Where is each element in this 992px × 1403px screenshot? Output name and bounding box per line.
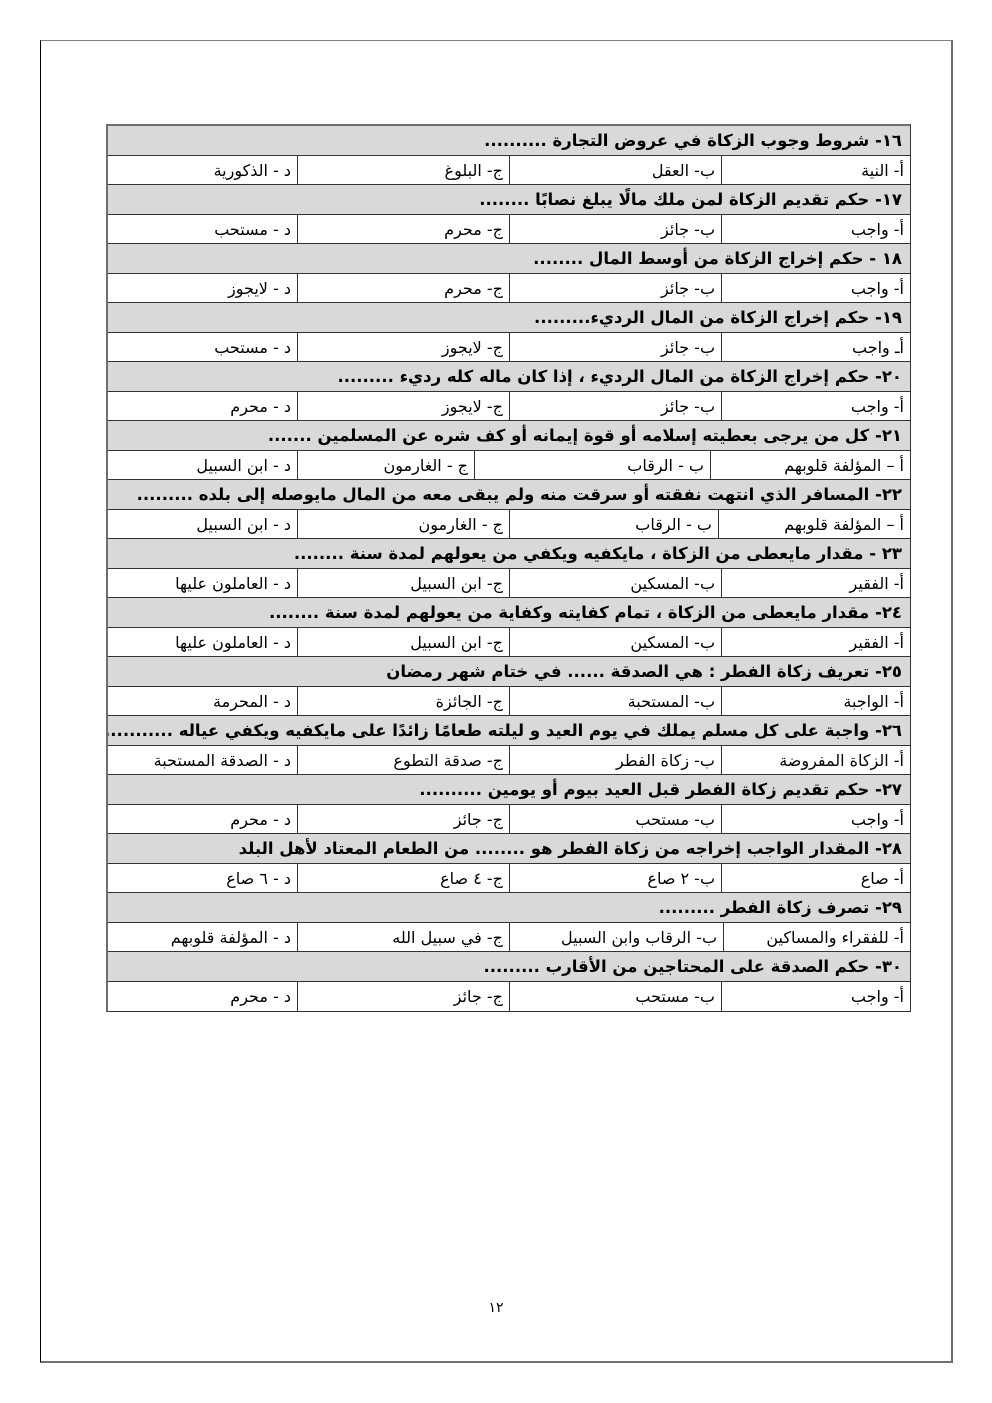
option-c[interactable]: ج - الغارمون [297,451,474,479]
question-22: ٢٢- المسافر الذي انتهت نفقته أو سرقت منه… [108,480,910,510]
option-d[interactable]: د - ٦ صاع [108,864,297,892]
option-c[interactable]: ج- جائز [297,805,509,833]
question-29: ٢٩- تصرف زكاة الفطر ......... [108,893,910,923]
question-25: ٢٥- تعريف زكاة الفطر : هي الصدقة ...... … [108,657,910,687]
option-b[interactable]: ب - الرقاب [474,451,710,479]
option-a[interactable]: أ- الفقير [721,569,910,597]
option-b[interactable]: ب- جائز [509,392,721,420]
option-d[interactable]: د - ابن السبيل [108,451,297,479]
option-b[interactable]: ب- مستحب [509,982,721,1011]
option-d[interactable]: د - المحرمة [108,687,297,715]
option-b[interactable]: ب- المستحبة [509,687,721,715]
answers-17: أ- واجب ب- جائز ج- محرم د - مستحب [108,215,910,244]
option-b[interactable]: ب- جائز [509,215,721,243]
option-d[interactable]: د - العاملون عليها [108,628,297,656]
option-a[interactable]: أ- واجب [721,274,910,302]
option-d[interactable]: د - لايجوز [108,274,297,302]
answers-29: أ- للفقراء والمساكين ب- الرقاب وابن السب… [108,923,910,952]
option-d[interactable]: د - مستحب [108,215,297,243]
option-a[interactable]: أ – المؤلفة قلوبهم [718,510,910,538]
question-21: ٢١- كل من يرجى بعطيته إسلامه أو قوة إيما… [108,421,910,451]
answers-16: أ- النية ب- العقل ج- البلوغ د - الذكورية [108,156,910,185]
option-d[interactable]: د - محرم [108,982,297,1011]
option-c[interactable]: ج- جائز [297,982,509,1011]
option-d[interactable]: د - محرم [108,805,297,833]
option-c[interactable]: ج - الغارمون [297,510,509,538]
question-19: ١٩- حكم إخراج الزكاة من المال الرديء....… [108,303,910,333]
option-d[interactable]: د - الذكورية [108,156,297,184]
option-a[interactable]: أ – المؤلفة قلوبهم [710,451,910,479]
option-b[interactable]: ب- المسكين [509,628,721,656]
question-26: ٢٦- واجبة على كل مسلم يملك في يوم العيد … [108,716,910,746]
option-d[interactable]: د - محرم [108,392,297,420]
option-c[interactable]: ج- ابن السبيل [297,628,509,656]
option-d[interactable]: د - العاملون عليها [108,569,297,597]
answers-25: أ- الواجبة ب- المستحبة ج- الجائزة د - ال… [108,687,910,716]
question-17: ١٧- حكم تقديم الزكاة لمن ملك مالًا يبلغ … [108,185,910,215]
option-c[interactable]: ج- البلوغ [297,156,509,184]
answers-19: أـ واجب ب- جائز ج- لايجوز د - مستحب [108,333,910,362]
answers-30: أ- واجب ب- مستحب ج- جائز د - محرم [108,982,910,1011]
answers-28: أ- صاع ب- ٢ صاع ج- ٤ صاع د - ٦ صاع [108,864,910,893]
option-a[interactable]: أ- الزكاة المفروضة [721,746,910,774]
option-a[interactable]: أ- واجب [721,982,910,1011]
option-b[interactable]: ب- جائز [509,274,721,302]
page-number: ١٢ [0,1300,992,1316]
option-c[interactable]: ج- ٤ صاع [297,864,509,892]
option-a[interactable]: أ- الفقير [721,628,910,656]
question-23: ٢٣ - مقدار مايعطى من الزكاة ، مايكفيه وي… [108,539,910,569]
question-16: ١٦- شروط وجوب الزكاة في عروض التجارة ...… [108,126,910,156]
option-d[interactable]: د - المؤلفة قلوبهم [108,923,297,951]
option-d[interactable]: د - مستحب [108,333,297,361]
option-a[interactable]: أـ واجب [721,333,910,361]
option-b[interactable]: ب - الرقاب [509,510,718,538]
option-b[interactable]: ب- جائز [509,333,721,361]
option-b[interactable]: ب- ٢ صاع [509,864,721,892]
option-c[interactable]: ج- الجائزة [297,687,509,715]
option-c[interactable]: ج- في سبيل الله [297,923,509,951]
answers-26: أ- الزكاة المفروضة ب- زكاة الفطر ج- صدقة… [108,746,910,775]
answers-23: أ- الفقير ب- المسكين ج- ابن السبيل د - ا… [108,569,910,598]
option-a[interactable]: أ- واجب [721,215,910,243]
option-a[interactable]: أ- صاع [721,864,910,892]
answers-21: أ – المؤلفة قلوبهم ب - الرقاب ج - الغارم… [108,451,910,480]
option-c[interactable]: ج- صدقة التطوع [297,746,509,774]
option-d[interactable]: د - ابن السبيل [108,510,297,538]
option-a[interactable]: أ- الواجبة [721,687,910,715]
option-a[interactable]: أ- للفقراء والمساكين [723,923,910,951]
option-c[interactable]: ج- محرم [297,274,509,302]
option-a[interactable]: أ- النية [721,156,910,184]
option-a[interactable]: أ- واجب [721,392,910,420]
answers-22: أ – المؤلفة قلوبهم ب - الرقاب ج - الغارم… [108,510,910,539]
option-c[interactable]: ج- لايجوز [297,392,509,420]
question-28: ٢٨- المقدار الواجب إخراجه من زكاة الفطر … [108,834,910,864]
option-c[interactable]: ج- ابن السبيل [297,569,509,597]
option-a[interactable]: أ- واجب [721,805,910,833]
option-b[interactable]: ب- زكاة الفطر [509,746,721,774]
option-b[interactable]: ب- العقل [509,156,721,184]
option-d[interactable]: د - الصدقة المستحبة [108,746,297,774]
answers-18: أ- واجب ب- جائز ج- محرم د - لايجوز [108,274,910,303]
question-27: ٢٧- حكم تقديم زكاة الفطر قبل العيد بيوم … [108,775,910,805]
option-b[interactable]: ب- مستحب [509,805,721,833]
answers-20: أ- واجب ب- جائز ج- لايجوز د - محرم [108,392,910,421]
question-20: ٢٠- حكم إخراج الزكاة من المال الرديء ، إ… [108,362,910,392]
option-b[interactable]: ب- المسكين [509,569,721,597]
option-c[interactable]: ج- لايجوز [297,333,509,361]
answers-27: أ- واجب ب- مستحب ج- جائز د - محرم [108,805,910,834]
question-30: ٣٠- حكم الصدقة على المحتاجين من الأقارب … [108,952,910,982]
answers-24: أ- الفقير ب- المسكين ج- ابن السبيل د - ا… [108,628,910,657]
question-24: ٢٤- مقدار مايعطى من الزكاة ، تمام كفايته… [108,598,910,628]
quiz-table: ١٦- شروط وجوب الزكاة في عروض التجارة ...… [106,124,911,1012]
option-b[interactable]: ب- الرقاب وابن السبيل [509,923,723,951]
option-c[interactable]: ج- محرم [297,215,509,243]
question-18: ١٨ - حكم إخراج الزكاة من أوسط المال ....… [108,244,910,274]
